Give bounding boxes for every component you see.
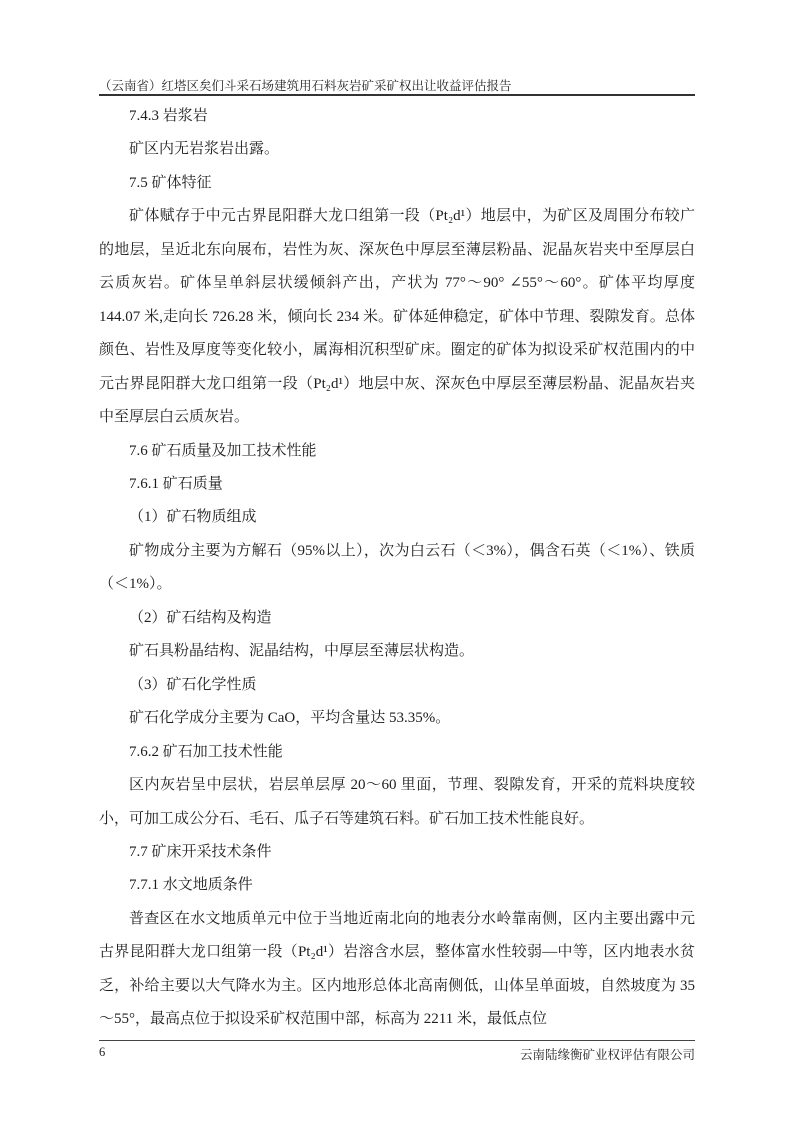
heading-7-7: 7.7 矿床开采技术条件: [99, 836, 695, 869]
paragraph-ore-chemistry: 矿石化学成分主要为 CaO，平均含量达 53.35%。: [99, 702, 695, 735]
header-rule: [99, 94, 695, 96]
subheading-ore-chemistry: （3）矿石化学性质: [99, 669, 695, 702]
heading-7-7-1: 7.7.1 水文地质条件: [99, 869, 695, 902]
page-number: 6: [99, 1045, 105, 1060]
paragraph-processing-performance: 区内灰岩呈中层状，岩层单层厚 20～60 里面，节理、裂隙发育，开采的荒料块度较…: [99, 769, 695, 836]
heading-7-6-1: 7.6.1 矿石质量: [99, 468, 695, 501]
heading-7-6: 7.6 矿石质量及加工技术性能: [99, 435, 695, 468]
heading-7-6-2: 7.6.2 矿石加工技术性能: [99, 736, 695, 769]
heading-7-5: 7.5 矿体特征: [99, 167, 695, 200]
footer-rule: [99, 1040, 695, 1041]
subheading-ore-structure: （2）矿石结构及构造: [99, 602, 695, 635]
paragraph-ore-composition: 矿物成分主要为方解石（95%以上），次为白云石（＜3%），偶含石英（＜1%）、铁…: [99, 535, 695, 602]
paragraph-hydrogeology: 普查区在水文地质单元中位于当地近南北向的地表分水岭靠南侧，区内主要出露中元古界昆…: [99, 903, 695, 1037]
paragraph-orebody-features: 矿体赋存于中元古界昆阳群大龙口组第一段（Pt₂d¹）地层中，为矿区及周围分布较广…: [99, 200, 695, 434]
page-footer: 6 云南陆缘衡矿业权评估有限公司: [99, 1045, 695, 1063]
footer-company-name: 云南陆缘衡矿业权评估有限公司: [520, 1045, 695, 1063]
report-page: （云南省）红塔区矣们斗采石场建筑用石料灰岩矿采矿权出让收益评估报告 7.4.3 …: [0, 0, 794, 1123]
paragraph-ore-structure: 矿石具粉晶结构、泥晶结构，中厚层至薄层状构造。: [99, 635, 695, 668]
report-header-title: （云南省）红塔区矣们斗采石场建筑用石料灰岩矿采矿权出让收益评估报告: [99, 76, 695, 94]
page-header: （云南省）红塔区矣们斗采石场建筑用石料灰岩矿采矿权出让收益评估报告: [99, 76, 695, 94]
document-body: 7.4.3 岩浆岩 矿区内无岩浆岩出露。 7.5 矿体特征 矿体赋存于中元古界昆…: [99, 100, 695, 1037]
heading-7-4-3: 7.4.3 岩浆岩: [99, 100, 695, 133]
paragraph-magmatic-rock: 矿区内无岩浆岩出露。: [99, 133, 695, 166]
subheading-ore-composition: （1）矿石物质组成: [99, 501, 695, 534]
